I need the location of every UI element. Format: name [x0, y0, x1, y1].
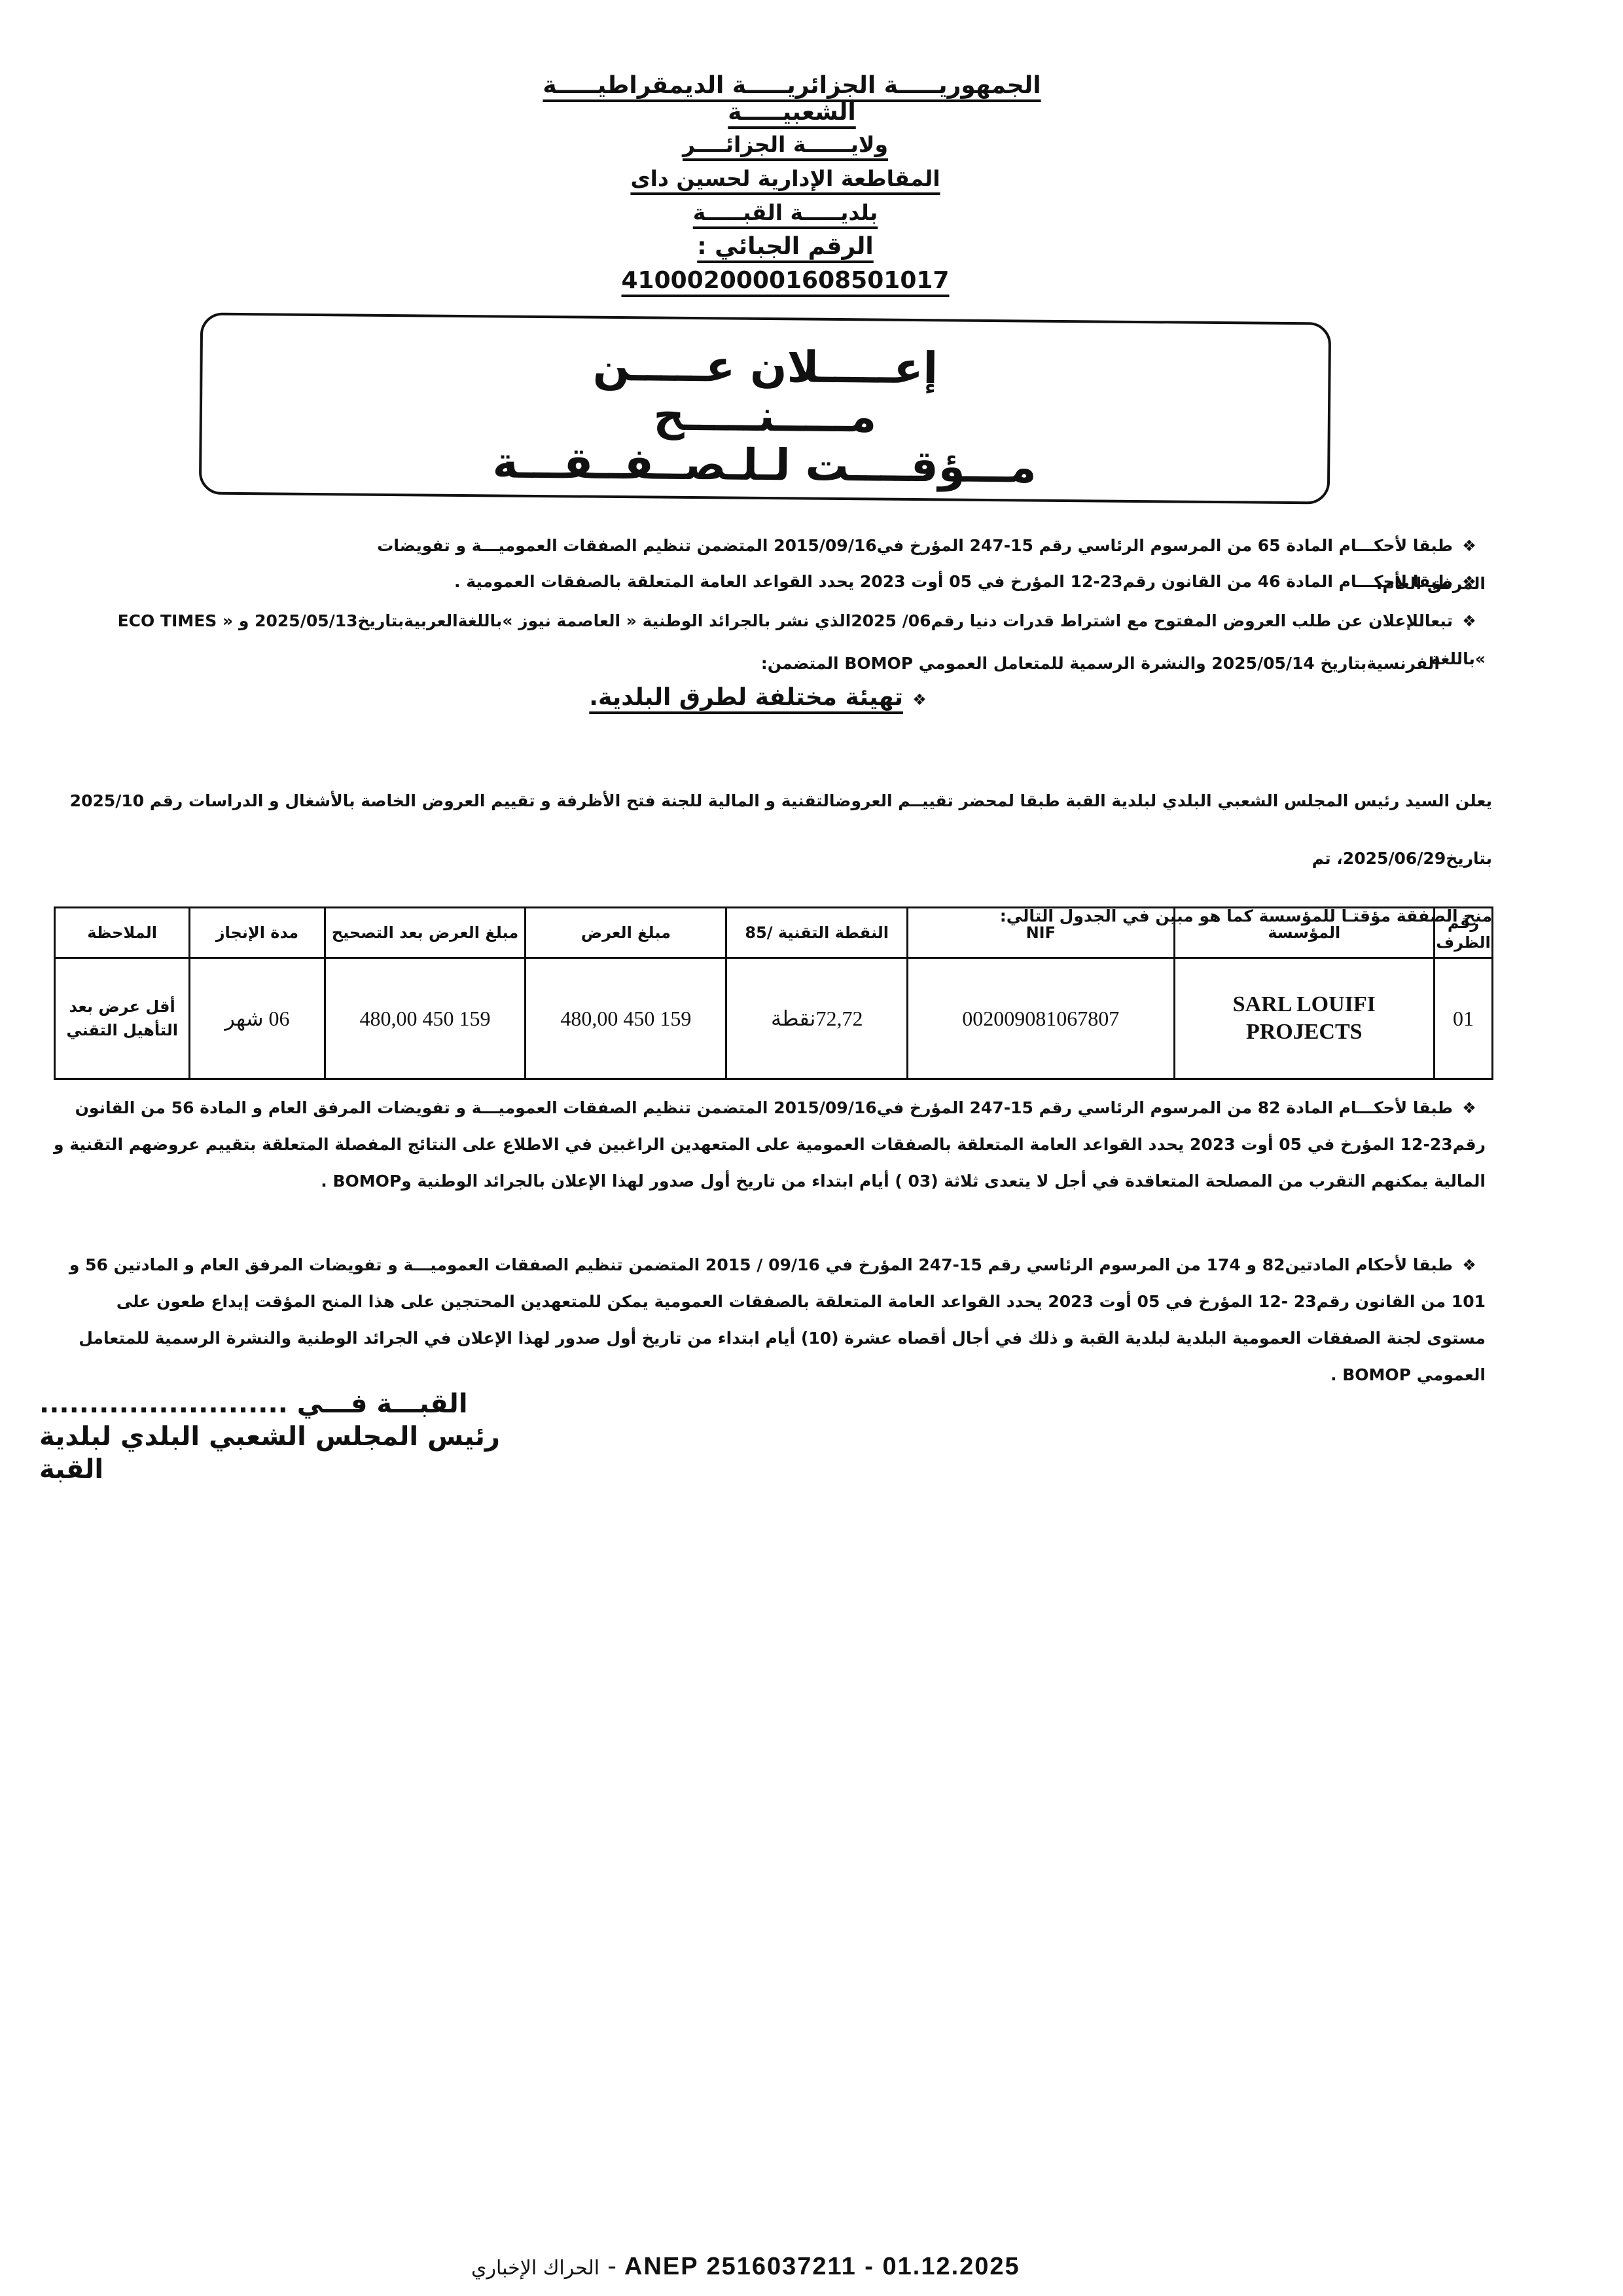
col-nif: NIF [908, 908, 1175, 958]
project-name: تهيئة مختلفة لطرق البلدية. [589, 684, 903, 711]
cell-envelope: 01 [1435, 958, 1493, 1079]
signature-block: القبـــة فـــي .........................… [39, 1388, 510, 1486]
cell-technical-score: 72,72نقطة [726, 958, 908, 1079]
cell-duration: 06 شهر [190, 958, 325, 1079]
bullet-icon: ❖ [1453, 563, 1486, 601]
consultation-paragraph: ❖طبقا لأحكـــام المادة 82 من المرسوم الر… [52, 1090, 1486, 1200]
issuer-block: ولايــــــة الجزائــــر المقاطعة الإداري… [576, 128, 995, 298]
title-line-1: إعـــــلان عـــــن [202, 336, 1329, 398]
col-envelope: رقم الظرف [1435, 908, 1493, 958]
col-company: المؤسسة [1174, 908, 1434, 958]
project-item: ❖تهيئة مختلفة لطرق البلدية. [589, 684, 936, 711]
tax-id-line: الرقم الجبائي : 41000200001608501017 [576, 230, 995, 298]
bullet-icon: ❖ [1453, 527, 1486, 565]
table-row: 01 SARL LOUIFI PROJECTS 002009081067807 … [55, 958, 1493, 1079]
table-header-row: رقم الظرف المؤسسة NIF النقطة التقنية /85… [55, 908, 1493, 958]
announcement-line-1: يعلن السيد رئيس المجلس الشعبي البلدي لبل… [52, 772, 1492, 888]
place-date: القبـــة فـــي ......................... [39, 1388, 510, 1420]
cell-nif: 002009081067807 [908, 958, 1175, 1079]
document-page: الجمهوريـــــة الجزائريـــــة الديمقراطي… [0, 0, 1623, 2296]
reference-continuation: الفرنسيةبتاريخ 2025/05/14 والنشرة الرسمي… [458, 645, 1440, 683]
reference-item: ❖طبقا لأحكـــام المادة 46 من القانون رقم… [366, 563, 1486, 601]
footer-reference: الحراك الإخباري - ANEP 2516037211 - 01.1… [471, 2251, 1191, 2281]
consultation-text: طبقا لأحكـــام المادة 82 من المرسوم الرئ… [54, 1098, 1486, 1191]
col-offer-amount: مبلغ العرض [526, 908, 726, 958]
cell-note: أقل عرض بعد التأهيل التقني [55, 958, 190, 1079]
announcement-title-box: إعـــــلان عـــــن مـــــنـــــح مـــؤقـ… [199, 312, 1331, 504]
col-corrected-amount: مبلغ العرض بعد التصحيح [325, 908, 526, 958]
anep-code: ANEP 2516037211 - 01.12.2025 [624, 2253, 1020, 2280]
footer-separator: - [599, 2251, 624, 2280]
title-line-3: مـــؤقــــت لـلـصــفــقـــة [202, 434, 1328, 496]
col-duration: مدة الإنجاز [190, 908, 325, 958]
republic-heading: الجمهوريـــــة الجزائريـــــة الديمقراطي… [484, 72, 1099, 126]
col-technical-score: النقطة التقنية /85 [726, 908, 908, 958]
signatory: رئيس المجلس الشعبي البلدي لبلدية القبة [39, 1420, 510, 1486]
bullet-icon: ❖ [903, 691, 936, 709]
reference-text: طبقا لأحكـــام المادة 46 من القانون رقم2… [454, 572, 1453, 591]
district-name: المقاطعة الإدارية لحسين داى [576, 162, 995, 196]
commune-name: بلديـــــة القبـــــة [576, 196, 995, 230]
appeal-text: طبقا لأحكام المادتين82 و 174 من المرسوم … [69, 1255, 1486, 1384]
wilaya-name: ولايــــــة الجزائــــر [576, 128, 995, 162]
col-note: الملاحظة [55, 908, 190, 958]
bullet-icon: ❖ [1453, 602, 1486, 640]
appeal-paragraph: ❖طبقا لأحكام المادتين82 و 174 من المرسوم… [52, 1247, 1486, 1393]
tax-id-label: الرقم الجبائي : [697, 233, 873, 260]
cell-company: SARL LOUIFI PROJECTS [1174, 958, 1434, 1079]
award-table: رقم الظرف المؤسسة NIF النقطة التقنية /85… [54, 906, 1493, 1080]
cell-corrected-amount: 159 450 480,00 [325, 958, 526, 1079]
bullet-icon: ❖ [1453, 1247, 1486, 1283]
newspaper-name: الحراك الإخباري [471, 2257, 599, 2280]
tax-id-value: 41000200001608501017 [622, 267, 950, 294]
bullet-icon: ❖ [1453, 1090, 1486, 1126]
cell-offer-amount: 159 450 480,00 [526, 958, 726, 1079]
